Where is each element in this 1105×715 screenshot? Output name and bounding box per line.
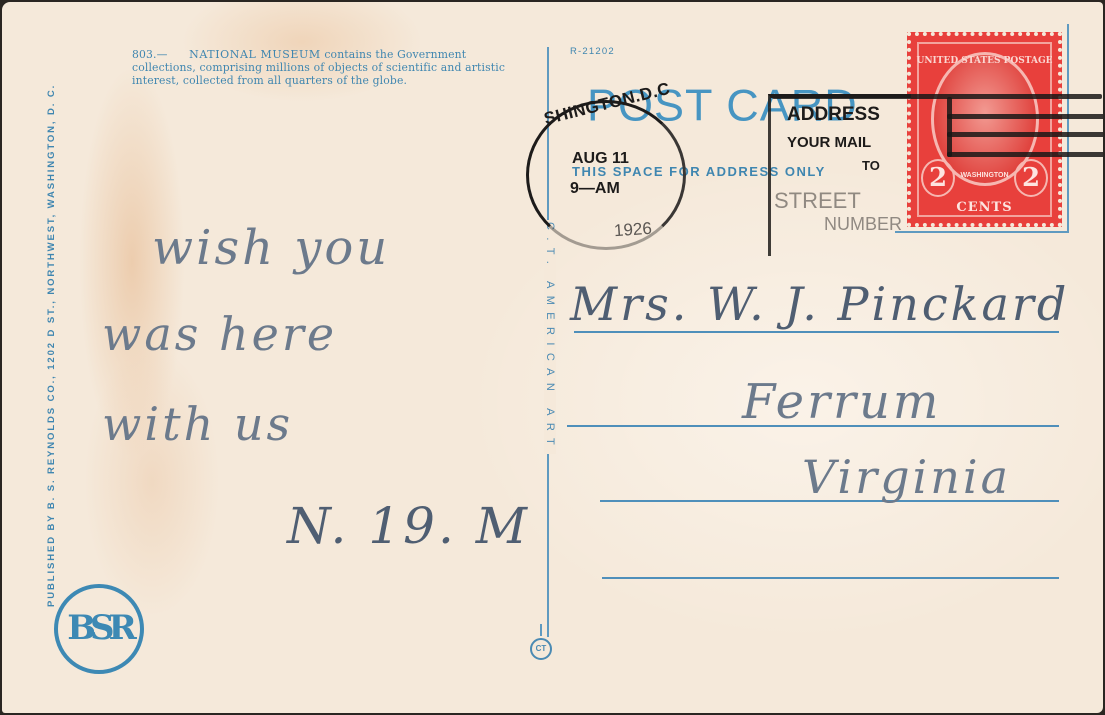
publisher-logo-text: BSR xyxy=(67,608,131,648)
message-line-1: wish you xyxy=(152,220,390,276)
divider-stem xyxy=(540,624,542,636)
address-line-2: Ferrum xyxy=(742,374,941,430)
cancel-bar-vertical xyxy=(947,97,952,157)
postmark-date: AUG 11 xyxy=(572,150,629,168)
stamp-value-right: 2 xyxy=(1014,159,1048,197)
address-line-1: Mrs. W. J. Pinckard xyxy=(570,277,1069,331)
cancel-line-4: STREET xyxy=(774,188,861,214)
cancel-bar xyxy=(947,132,1103,137)
publisher-credit: PUBLISHED BY B. S. REYNOLDS CO., 1202 D … xyxy=(46,84,57,607)
stamp-unit: CENTS xyxy=(911,200,1058,215)
card-code: R-21202 xyxy=(570,46,615,57)
caption-rest: contains the xyxy=(324,48,393,61)
cancel-line-5: NUMBER xyxy=(824,214,902,235)
address-line-1-rule xyxy=(574,331,1059,333)
address-line-4-rule xyxy=(602,577,1059,579)
printer-credit: C.T. AMERICAN ART xyxy=(544,220,556,454)
printer-logo-icon: CT xyxy=(530,638,552,660)
stamp-top-text: UNITED STATES POSTAGE xyxy=(911,56,1058,66)
postmark-year: 1926 xyxy=(613,219,652,242)
postage-stamp: UNITED STATES POSTAGE WASHINGTON 2 2 CEN… xyxy=(907,32,1062,227)
publisher-logo-monogram: BSR xyxy=(54,584,144,674)
signature: N. 19. M xyxy=(287,497,530,555)
printer-logo-text: CT xyxy=(536,644,547,653)
museum-caption: 803.— NATIONAL MUSEUM contains the Gover… xyxy=(132,48,508,88)
caption-number: 803.— xyxy=(132,48,168,61)
message-line-2: was here xyxy=(102,307,337,361)
cancel-bar xyxy=(947,114,1103,119)
stamp-value-left: 2 xyxy=(921,159,955,197)
message-line-3: with us xyxy=(102,397,293,451)
cancel-line-1: ADDRESS xyxy=(787,104,880,126)
address-line-3: Virginia xyxy=(802,450,1011,504)
postcard-back: 803.— NATIONAL MUSEUM contains the Gover… xyxy=(2,2,1103,713)
postmark-time: 9—AM xyxy=(570,180,620,198)
cancel-line-2: YOUR MAIL xyxy=(787,134,871,151)
caption-title: NATIONAL MUSEUM xyxy=(189,48,321,61)
cancel-bar xyxy=(947,152,1103,157)
cancel-line-3: TO xyxy=(862,158,880,173)
